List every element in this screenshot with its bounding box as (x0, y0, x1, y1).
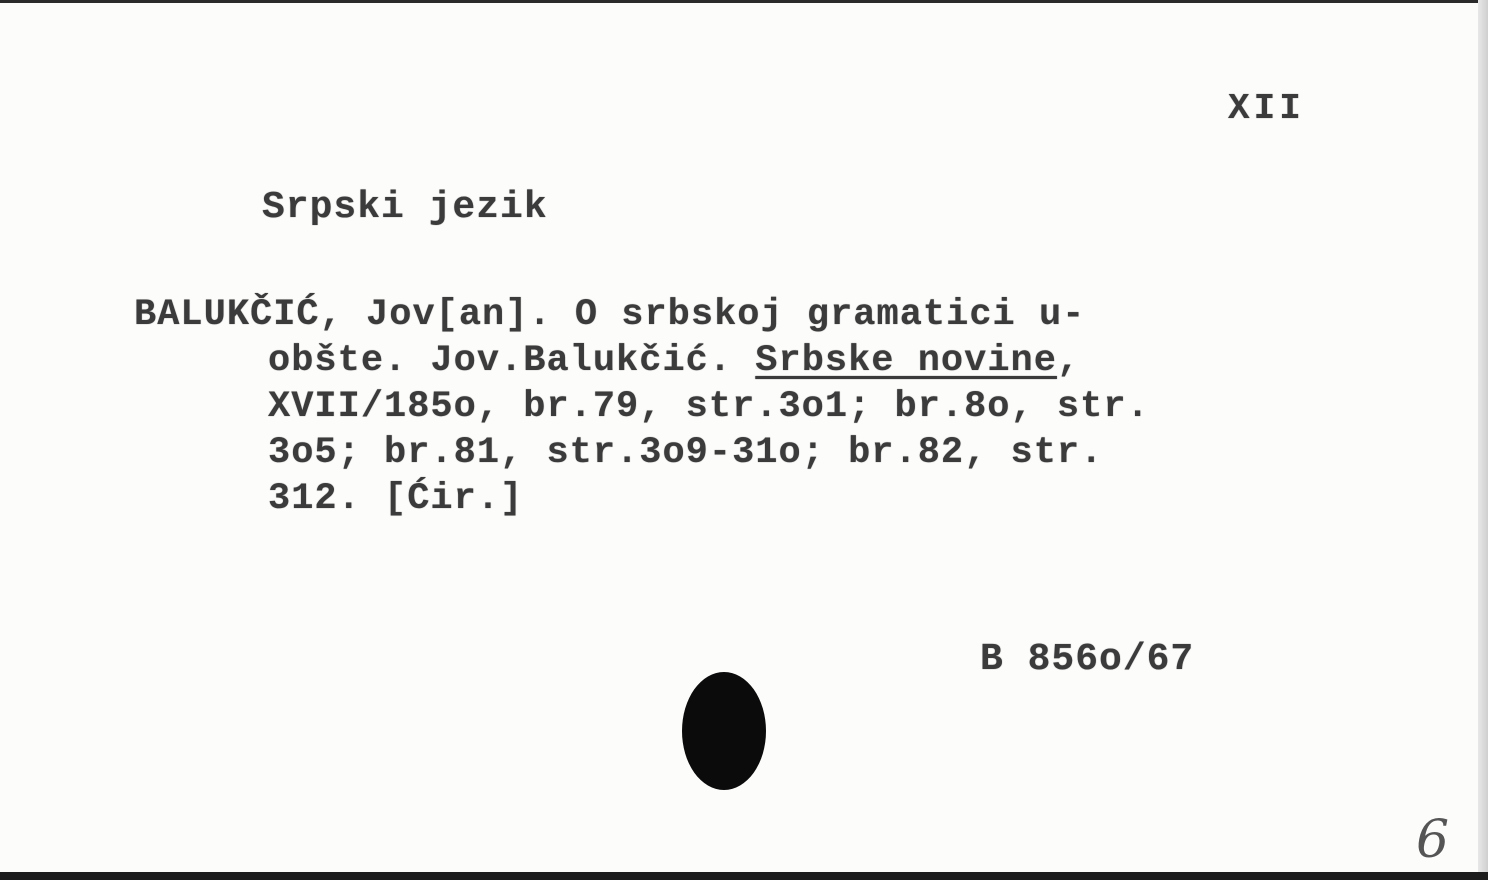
entry-line-4: 3o5; br.81, str.3o9-31o; br.82, str. (268, 430, 1103, 476)
page-number: XII (1228, 88, 1305, 129)
card-top-edge (0, 0, 1488, 3)
entry-line-1: BALUKČIĆ, Jov[an]. O srbskoj gramatici u… (134, 292, 1085, 338)
periodical-title: Srbske novine (755, 340, 1057, 382)
entry-line-2-text: obšte. Jov.Balukčić. (268, 340, 755, 382)
punch-hole (682, 672, 766, 790)
card-right-edge (1478, 0, 1488, 880)
subject-heading: Srpski jezik (262, 186, 548, 229)
handwritten-mark: 6 (1416, 810, 1449, 870)
card-bottom-edge (0, 872, 1488, 880)
entry-line-2: obšte. Jov.Balukčić. Srbske novine, (268, 338, 1080, 384)
entry-line-2-punct: , (1057, 340, 1080, 382)
entry-line-3: XVII/185o, br.79, str.3o1; br.8o, str. (268, 384, 1150, 430)
catalog-card: XII Srpski jezik BALUKČIĆ, Jov[an]. O sr… (0, 0, 1488, 880)
call-number: B 856o/67 (980, 638, 1194, 681)
entry-line-5: 312. [Ćir.] (268, 476, 523, 522)
